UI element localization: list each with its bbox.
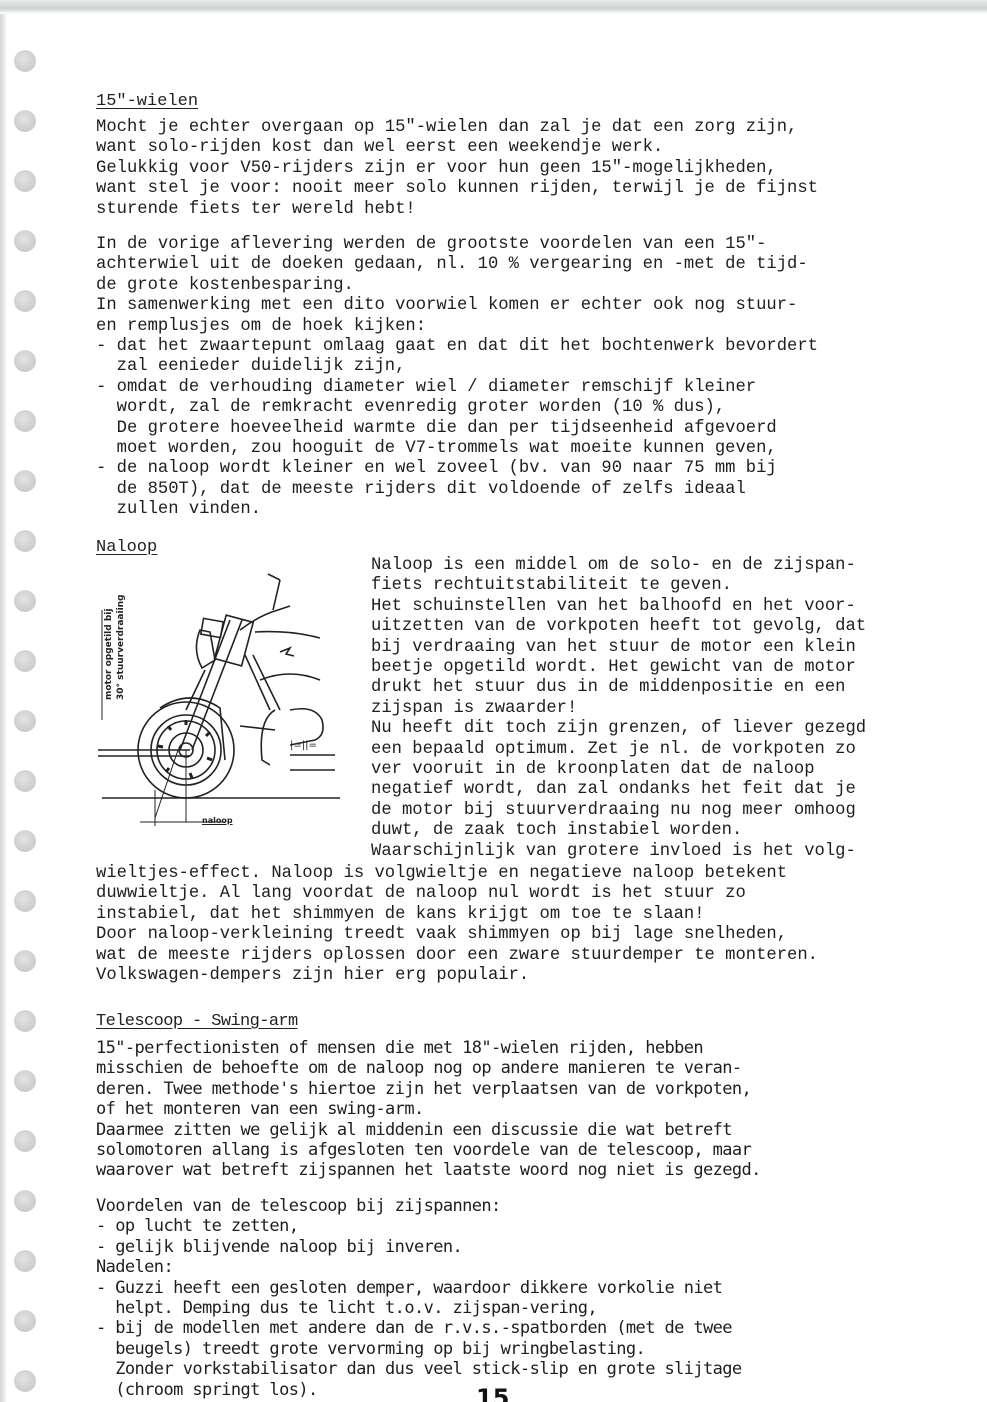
section-15-inch-wheels: 15"-wielen Mocht je echter overgaan op 1… (96, 92, 818, 220)
binder-hole (14, 1250, 36, 1272)
binder-hole (14, 710, 36, 732)
section-telescoop: Telescoop - Swing-arm 15"-perfectioniste… (96, 1012, 761, 1181)
binder-hole (14, 770, 36, 792)
section-heading: 15"-wielen (96, 92, 818, 112)
paragraph: Naloop is een middel om de solo- en de z… (371, 556, 866, 862)
binder-hole (14, 1310, 36, 1332)
binder-hole (14, 1370, 36, 1392)
motorcycle-diagram: |=||= motor opgetild bij 30° stuurverdra… (90, 560, 355, 835)
binder-hole (14, 890, 36, 912)
motorcycle-fork-icon: |=||= (90, 560, 355, 835)
binder-hole (14, 350, 36, 372)
binder-hole (14, 170, 36, 192)
figure-label-lift: motor opgetild bij (104, 609, 114, 700)
page-number: 15 (476, 1386, 509, 1402)
paragraph: Mocht je echter overgaan op 15"-wielen d… (96, 118, 818, 220)
binder-hole (14, 410, 36, 432)
binder-holes (14, 0, 38, 1402)
binder-hole (14, 1070, 36, 1092)
paragraph: wieltjes-effect. Naloop is volgwieltje e… (96, 864, 818, 986)
binder-hole (14, 50, 36, 72)
section-15-inch-wheels-cont: In de vorige aflevering werden de groots… (96, 235, 818, 521)
binder-hole (14, 1010, 36, 1032)
binder-hole (14, 290, 36, 312)
binder-hole (14, 530, 36, 552)
page-top-edge (0, 0, 987, 14)
section-naloop-cont: wieltjes-effect. Naloop is volgwieltje e… (96, 864, 818, 986)
section-naloop-side-text: Naloop is een middel om de solo- en de z… (371, 556, 866, 862)
binder-hole (14, 830, 36, 852)
binder-hole (14, 110, 36, 132)
binder-hole (14, 650, 36, 672)
binder-hole (14, 590, 36, 612)
figure-label-steering: 30° stuurverdraaiing (116, 594, 126, 700)
paragraph: Voordelen van de telescoop bij zijspanne… (96, 1196, 742, 1400)
binder-hole (14, 1130, 36, 1152)
figure-label-naloop: naloop (202, 816, 233, 825)
section-heading: Telescoop - Swing-arm (96, 1012, 761, 1032)
binder-hole (14, 1190, 36, 1212)
paragraph: 15"-perfectionisten of mensen die met 18… (96, 1038, 761, 1181)
svg-text:|=||=: |=||= (290, 740, 317, 751)
binder-hole (14, 230, 36, 252)
binder-hole (14, 950, 36, 972)
page-left-edge (0, 14, 6, 1402)
section-telescoop-pros-cons: Voordelen van de telescoop bij zijspanne… (96, 1196, 742, 1400)
binder-hole (14, 470, 36, 492)
section-heading: Naloop (96, 538, 157, 558)
paragraph: In de vorige aflevering werden de groots… (96, 235, 818, 521)
